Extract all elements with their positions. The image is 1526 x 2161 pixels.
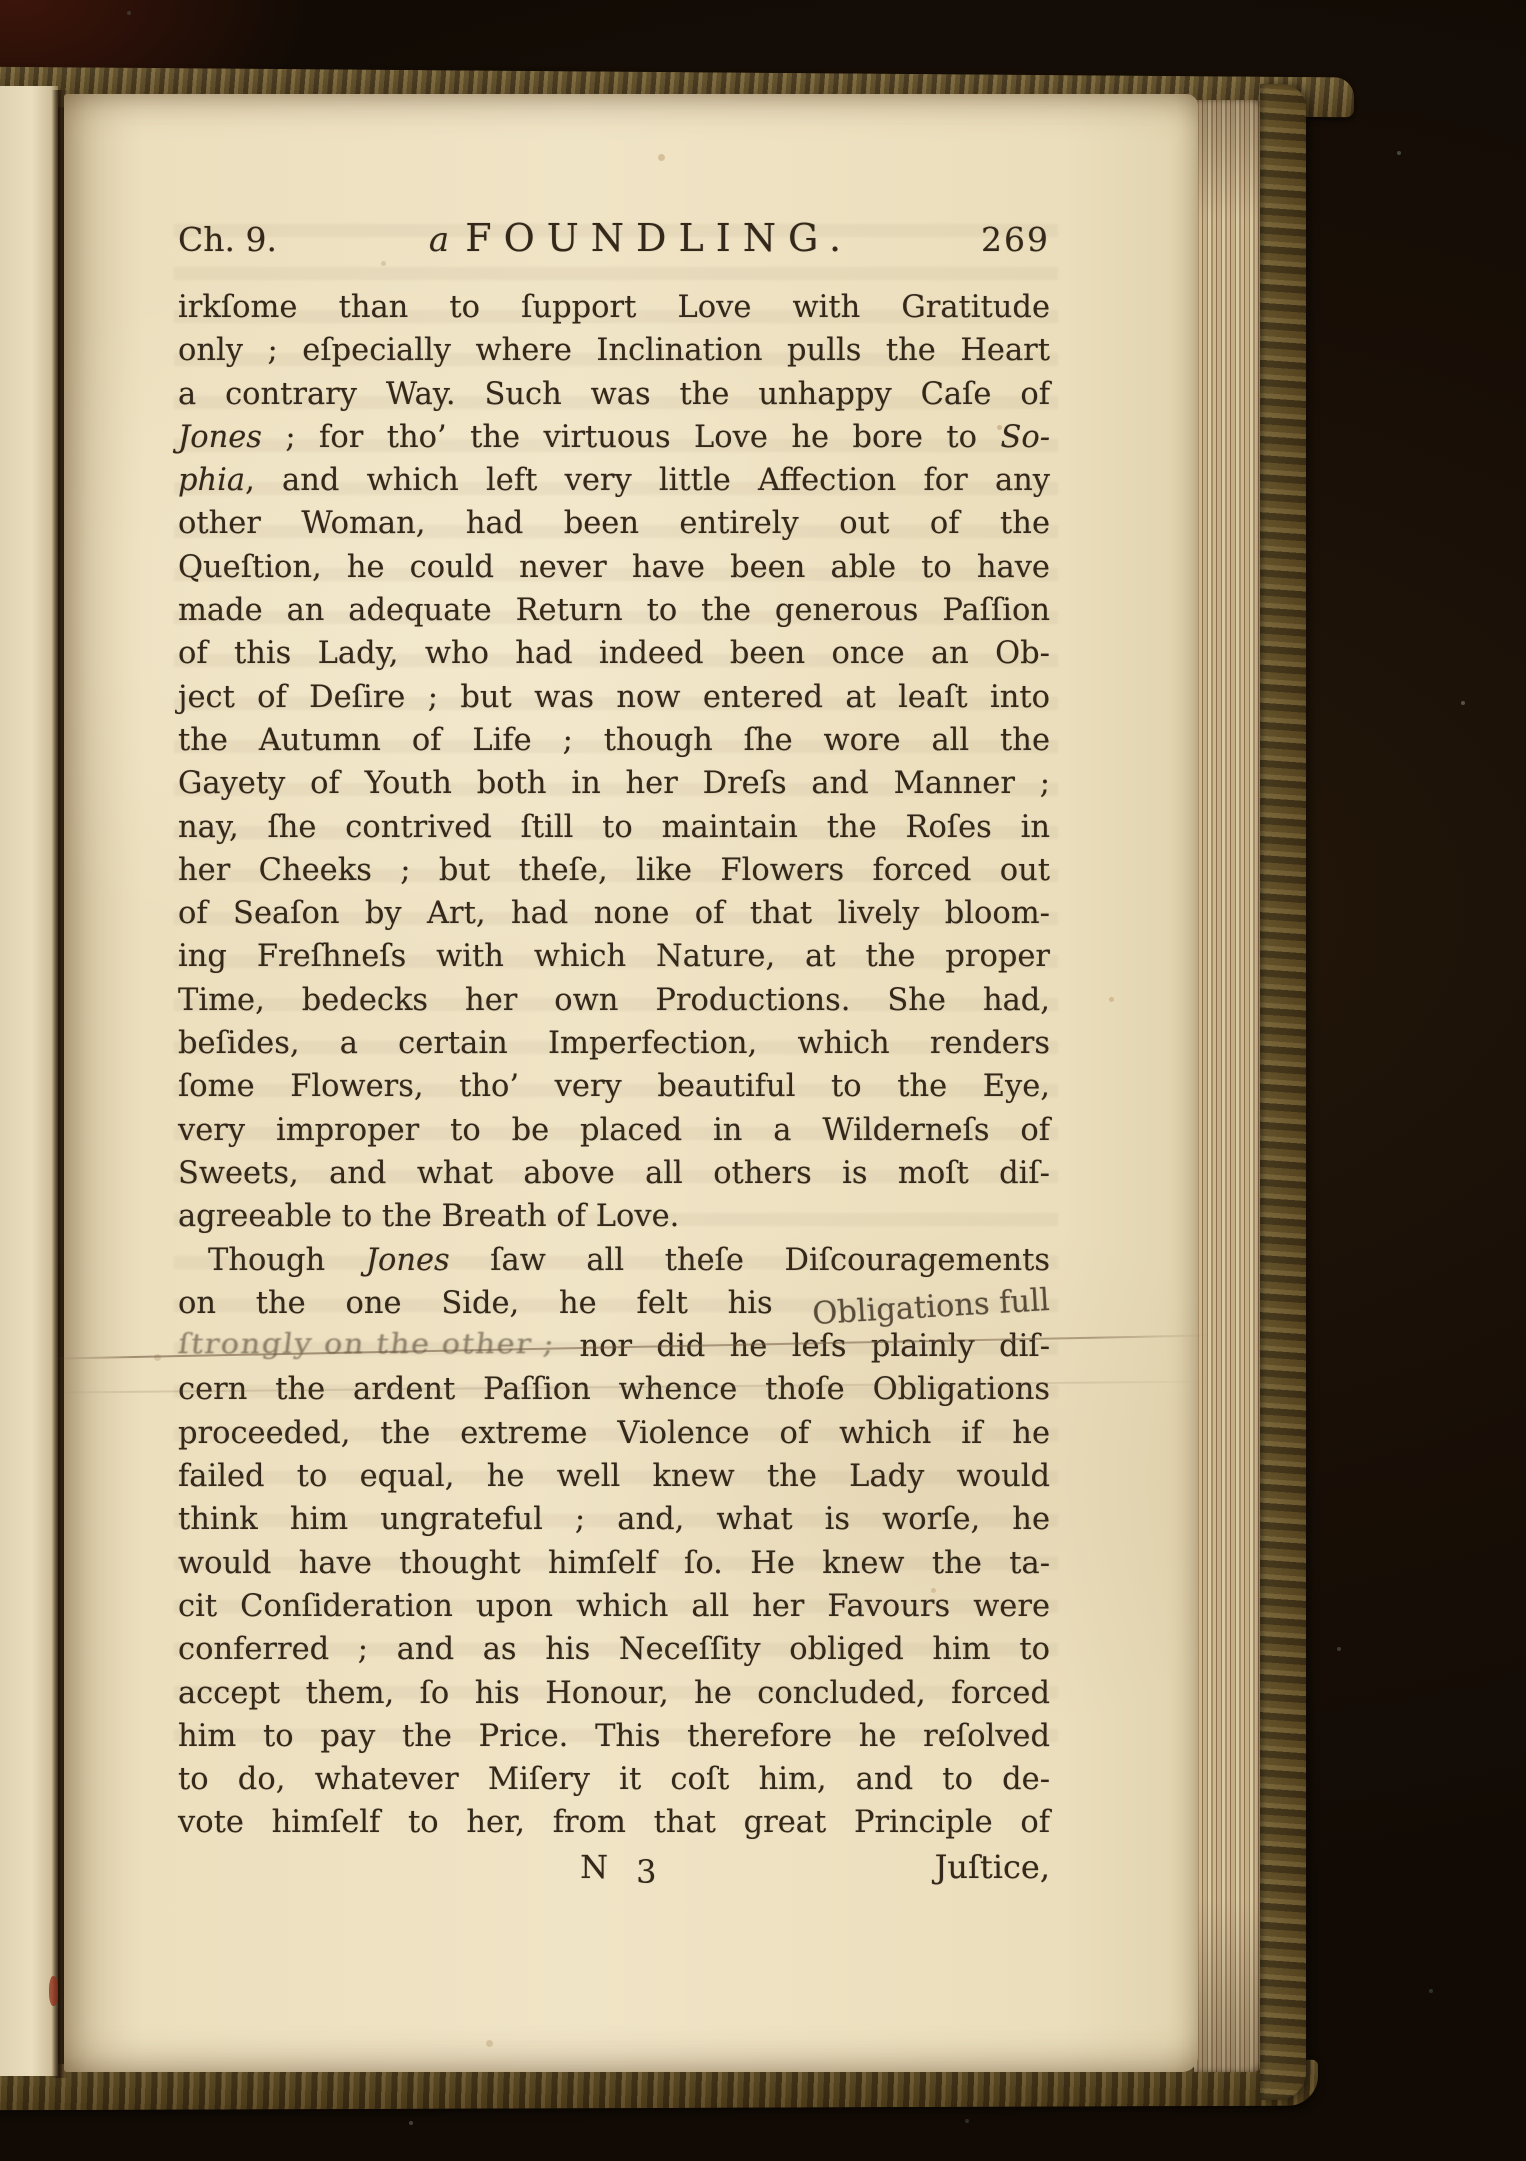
text-line: her Cheeks ; but theſe, like Flowers for… (178, 849, 1050, 892)
text-segment: cit Conſideration upon which all her Fav… (178, 1589, 1050, 1624)
chapter-label: Ch. 9. (178, 220, 277, 259)
book-page: Ch. 9. aFOUNDLING. 269 irkſome than to ſ… (64, 94, 1198, 2072)
text-line: Queſtion, he could never have been able … (178, 546, 1050, 589)
text-segment: other Woman, had been entirely out of th… (178, 506, 1050, 541)
text-line: very improper to be placed in a Wilderne… (178, 1109, 1050, 1152)
fore-edge-page-stack (1194, 100, 1264, 2072)
text-segment: Queſtion, he could never have been able … (178, 550, 1050, 585)
text-segment: to do, whatever Miſery it coſt him, and … (178, 1762, 1050, 1797)
text-line: proceeded, the extreme Violence of which… (178, 1412, 1050, 1455)
text-segment: only ; eſpecially where Inclination pull… (178, 333, 1050, 368)
text-line: Gayety of Youth both in her Dreſs and Ma… (178, 762, 1050, 805)
text-line: ing Freſhneſs with which Nature, at the … (178, 935, 1050, 978)
page-body: irkſome than to ſupport Love with Gratit… (178, 286, 1050, 1845)
text-line: made an adequate Return to the generous … (178, 589, 1050, 632)
creased-text-segment: ſtrongly on the other ; (176, 1325, 558, 1365)
text-segment: made an adequate Return to the generous … (178, 593, 1050, 628)
running-head: Ch. 9. aFOUNDLING. 269 (178, 216, 1050, 264)
text-line: nay, ſhe contrived ſtill to maintain the… (178, 806, 1050, 849)
text-line: beſides, a certain Imperfection, which r… (178, 1022, 1050, 1065)
text-segment: would have thought himſelf ſo. He knew t… (178, 1546, 1050, 1581)
book-scan-scene: Ch. 9. aFOUNDLING. 269 irkſome than to ſ… (0, 0, 1526, 2161)
text-segment: nay, ſhe contrived ſtill to maintain the… (178, 810, 1050, 845)
running-title-article: a (429, 220, 449, 260)
text-line: think him ungrateful ; and, what is worſ… (178, 1498, 1050, 1541)
page-footer: N3 Juſtice, (178, 1848, 1050, 1896)
text-line: him to pay the Price. This therefore he … (178, 1715, 1050, 1758)
text-line: vote himſelf to her, from that great Pri… (178, 1801, 1050, 1844)
text-segment: ſome Flowers, tho’ very beautiful to the… (178, 1069, 1050, 1104)
text-segment: very improper to be placed in a Wilderne… (178, 1113, 1050, 1148)
text-segment: ; for tho’ the virtuous Love he bore to (262, 420, 1001, 455)
signature-mark: N3 (580, 1848, 656, 1886)
text-line: other Woman, had been entirely out of th… (178, 502, 1050, 545)
text-segment: on the one Side, he felt his (178, 1286, 812, 1321)
text-line: the Autumn of Life ; though ſhe wore all… (178, 719, 1050, 762)
text-line: on the one Side, he felt his Obligations… (178, 1282, 1050, 1325)
text-line: agreeable to the Breath of Love. (178, 1195, 1050, 1238)
text-line: irkſome than to ſupport Love with Gratit… (178, 286, 1050, 329)
text-segment: nor did he leſs plainly diſ- (555, 1329, 1050, 1364)
text-segment: failed to equal, he well knew the Lady w… (178, 1459, 1050, 1494)
text-segment: ject of Deſire ; but was now entered at … (178, 680, 1050, 715)
signature-number: 3 (636, 1853, 656, 1891)
running-title: aFOUNDLING. (429, 216, 853, 260)
printed-area: Ch. 9. aFOUNDLING. 269 irkſome than to ſ… (64, 94, 1198, 2072)
text-line: a contrary Way. Such was the unhappy Caſ… (178, 373, 1050, 416)
text-segment: conferred ; and as his Neceſſity obliged… (178, 1632, 1050, 1667)
text-segment: of this Lady, who had indeed been once a… (178, 636, 1050, 671)
text-segment: the Autumn of Life ; though ſhe wore all… (178, 723, 1050, 758)
text-line: ſtrongly on the other ; nor did he leſs … (178, 1325, 1050, 1368)
italic-text-segment: phia (178, 463, 245, 498)
dust-speckles (0, 0, 2, 2)
text-line: cit Conſideration upon which all her Fav… (178, 1585, 1050, 1628)
text-line: Time, bedecks her own Productions. She h… (178, 979, 1050, 1022)
text-segment: accept them, ſo his Honour, he concluded… (178, 1676, 1050, 1711)
text-line: cern the ardent Paſſion whence thoſe Obl… (178, 1368, 1050, 1411)
page-number: 269 (981, 220, 1050, 259)
book-cover-right-edge (1260, 84, 1306, 2100)
red-gutter-mark (49, 1976, 58, 2006)
running-title-text: FOUNDLING. (465, 216, 853, 260)
text-line: conferred ; and as his Neceſſity obliged… (178, 1628, 1050, 1671)
text-line: Jones ; for tho’ the virtuous Love he bo… (178, 416, 1050, 459)
italic-text-segment: Jones (178, 420, 262, 455)
text-segment: vote himſelf to her, from that great Pri… (178, 1805, 1050, 1840)
text-segment: ing Freſhneſs with which Nature, at the … (178, 939, 1050, 974)
text-line: ſome Flowers, tho’ very beautiful to the… (178, 1065, 1050, 1108)
text-segment: Time, bedecks her own Productions. She h… (178, 983, 1050, 1018)
text-segment: ſaw all theſe Diſcouragements (450, 1243, 1050, 1278)
text-line: would have thought himſelf ſo. He knew t… (178, 1542, 1050, 1585)
text-line: Sweets, and what above all others is moſ… (178, 1152, 1050, 1195)
italic-text-segment: So- (1000, 420, 1050, 455)
text-segment: irkſome than to ſupport Love with Gratit… (178, 290, 1050, 325)
catchword: Juſtice, (935, 1848, 1050, 1886)
text-segment: Though (208, 1243, 366, 1278)
text-line: to do, whatever Miſery it coſt him, and … (178, 1758, 1050, 1801)
text-segment: a contrary Way. Such was the unhappy Caſ… (178, 377, 1050, 412)
text-line: ject of Deſire ; but was now entered at … (178, 676, 1050, 719)
signature-letter: N (580, 1848, 608, 1886)
text-segment: cern the ardent Paſſion whence thoſe Obl… (178, 1372, 1050, 1407)
text-line: Though Jones ſaw all theſe Diſcouragemen… (178, 1239, 1050, 1282)
text-segment: of Seaſon by Art, had none of that livel… (178, 896, 1050, 931)
text-line: of this Lady, who had indeed been once a… (178, 632, 1050, 675)
text-line: accept them, ſo his Honour, he concluded… (178, 1672, 1050, 1715)
text-segment: proceeded, the extreme Violence of which… (178, 1416, 1050, 1451)
text-segment: Gayety of Youth both in her Dreſs and Ma… (178, 766, 1050, 801)
text-segment: beſides, a certain Imperfection, which r… (178, 1026, 1050, 1061)
text-line: of Seaſon by Art, had none of that livel… (178, 892, 1050, 935)
text-segment: agreeable to the Breath of Love. (178, 1199, 679, 1234)
italic-text-segment: Jones (366, 1243, 450, 1278)
text-segment: him to pay the Price. This therefore he … (178, 1719, 1050, 1754)
text-segment: think him ungrateful ; and, what is worſ… (178, 1502, 1050, 1537)
text-segment: Sweets, and what above all others is moſ… (178, 1156, 1050, 1191)
facing-page-sliver (0, 86, 58, 2076)
text-line: failed to equal, he well knew the Lady w… (178, 1455, 1050, 1498)
text-line: phia, and which left very little Affecti… (178, 459, 1050, 502)
text-segment: her Cheeks ; but theſe, like Flowers for… (178, 853, 1050, 888)
text-segment: , and which left very little Affection f… (245, 463, 1050, 498)
text-line: only ; eſpecially where Inclination pull… (178, 329, 1050, 372)
